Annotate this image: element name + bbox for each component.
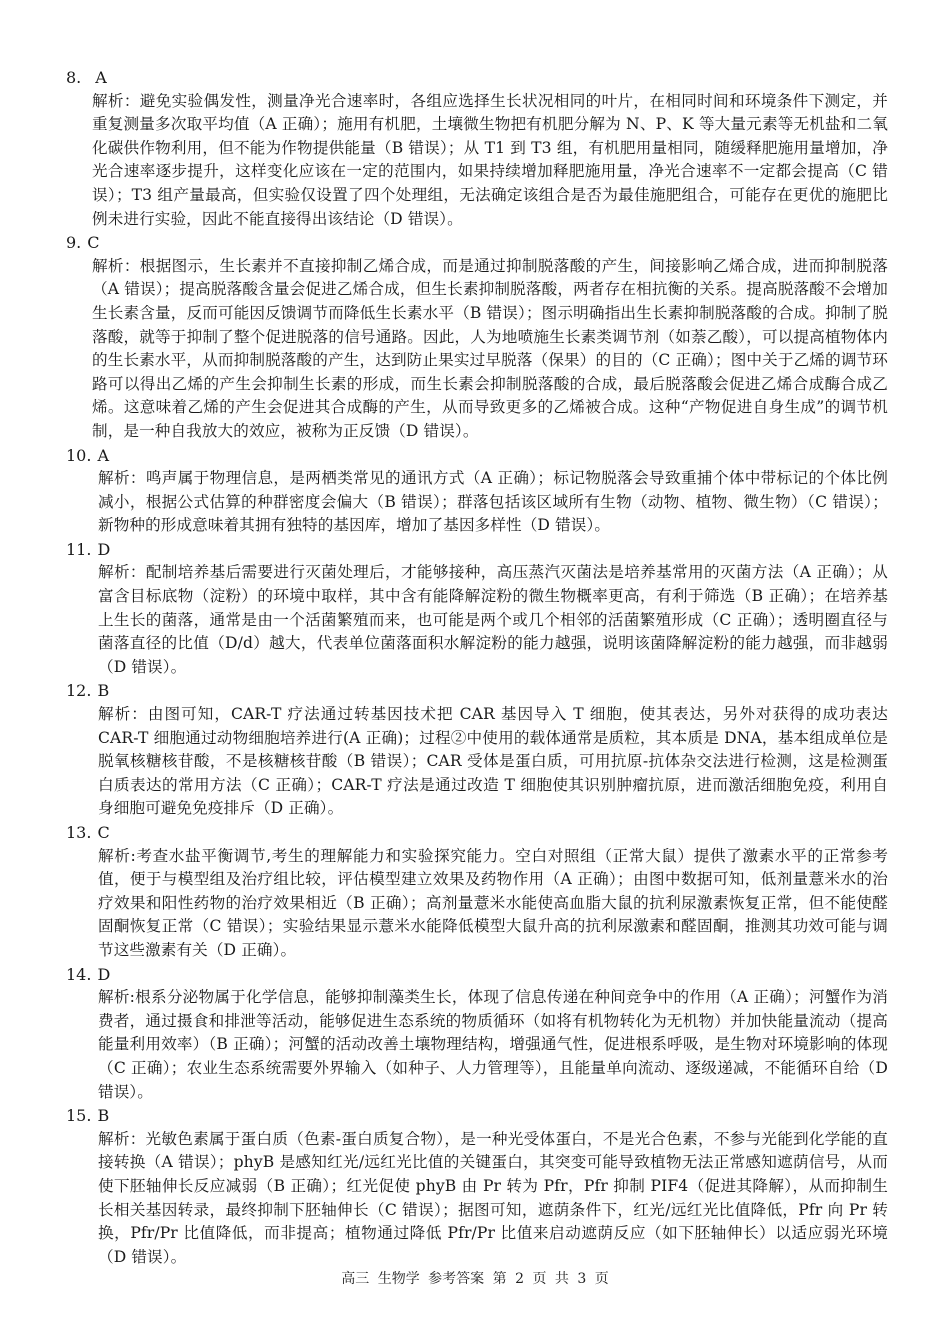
question-number: 13.: [66, 821, 91, 845]
answer-item-14: 14.D 解析:根系分泌物属于化学信息，能够抑制藻类生长，体现了信息传递在种间竞…: [66, 963, 888, 1105]
page-footer: 高三 生物学 参考答案 第 2 页 共 3 页: [0, 1268, 950, 1288]
answer-item-13: 13.C 解析:考查水盐平衡调节,考生的理解能力和实验探究能力。空白对照组（正常…: [66, 821, 888, 963]
analysis-text: 解析：光敏色素属于蛋白质（色素-蛋白质复合物），是一种光受体蛋白，不是光合色素，…: [98, 1128, 888, 1270]
analysis-text: 解析：避免实验偶发性，测量净光合速率时，各组应选择生长状况相同的叶片，在相同时间…: [92, 90, 888, 232]
answer-item-15: 15.B 解析：光敏色素属于蛋白质（色素-蛋白质复合物），是一种光受体蛋白，不是…: [66, 1104, 888, 1269]
question-answer: C: [97, 821, 109, 845]
question-header: 14.D: [66, 963, 888, 987]
question-number: 12.: [66, 679, 91, 703]
analysis-text: 解析:根系分泌物属于化学信息，能够抑制藻类生长，体现了信息传递在种间竞争中的作用…: [98, 986, 888, 1104]
answer-item-8: 8.A 解析：避免实验偶发性，测量净光合速率时，各组应选择生长状况相同的叶片，在…: [66, 66, 888, 231]
analysis-text: 解析：由图可知，CAR-T 疗法通过转基因技术把 CAR 基因导入 T 细胞，使…: [98, 703, 888, 821]
question-number: 8.: [66, 66, 81, 90]
question-answer: B: [97, 1104, 109, 1128]
analysis-text: 解析：配制培养基后需要进行灭菌处理后，才能够接种，高压蒸汽灭菌法是培养基常用的灭…: [98, 561, 888, 679]
question-answer: D: [97, 538, 110, 562]
analysis-text: 解析：根据图示，生长素并不直接抑制乙烯合成，而是通过抑制脱落酸的产生，间接影响乙…: [92, 255, 888, 444]
question-header: 10.A: [66, 444, 888, 468]
answer-item-9: 9.C 解析：根据图示，生长素并不直接抑制乙烯合成，而是通过抑制脱落酸的产生，间…: [66, 231, 888, 443]
question-header: 11.D: [66, 538, 888, 562]
answer-item-12: 12.B 解析：由图可知，CAR-T 疗法通过转基因技术把 CAR 基因导入 T…: [66, 679, 888, 821]
question-answer: A: [95, 66, 107, 90]
analysis-text: 解析：鸣声属于物理信息，是两栖类常见的通讯方式（A 正确）；标记物脱落会导致重捕…: [98, 467, 888, 538]
question-header: 13.C: [66, 821, 888, 845]
question-number: 15.: [66, 1104, 91, 1128]
analysis-text: 解析:考查水盐平衡调节,考生的理解能力和实验探究能力。空白对照组（正常大鼠）提供…: [98, 845, 888, 963]
document-page: 8.A 解析：避免实验偶发性，测量净光合速率时，各组应选择生长状况相同的叶片，在…: [0, 0, 950, 1344]
question-number: 14.: [66, 963, 91, 987]
question-header: 8.A: [66, 66, 888, 90]
question-header: 12.B: [66, 679, 888, 703]
question-answer: D: [97, 963, 110, 987]
question-number: 11.: [66, 538, 91, 562]
question-header: 15.B: [66, 1104, 888, 1128]
answer-item-11: 11.D 解析：配制培养基后需要进行灭菌处理后，才能够接种，高压蒸汽灭菌法是培养…: [66, 538, 888, 680]
question-answer: B: [97, 679, 109, 703]
answer-item-10: 10.A 解析：鸣声属于物理信息，是两栖类常见的通讯方式（A 正确）；标记物脱落…: [66, 444, 888, 538]
answer-list: 8.A 解析：避免实验偶发性，测量净光合速率时，各组应选择生长状况相同的叶片，在…: [66, 66, 888, 1269]
question-header: 9.C: [66, 231, 888, 255]
question-answer: C: [87, 231, 99, 255]
question-answer: A: [97, 444, 109, 468]
question-number: 9.: [66, 231, 81, 255]
question-number: 10.: [66, 444, 91, 468]
